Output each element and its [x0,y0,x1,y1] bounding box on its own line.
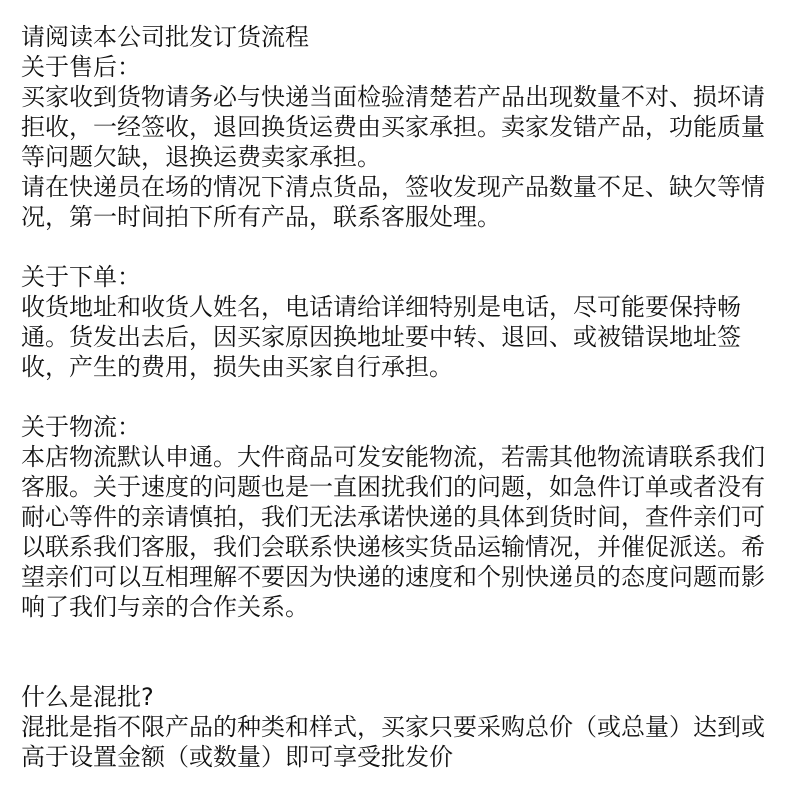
section-heading: 关于物流： [21,412,790,442]
text-line: 拒收，一经签收，退回换货运费由买家承担。卖家发错产品，功能质量 [21,112,790,142]
text-line: 况，第一时间拍下所有产品，联系客服处理。 [21,202,790,232]
section-logistics: 关于物流： 本店物流默认申通。大件商品可发安能物流，若需其他物流请联系我们 客服… [21,412,790,622]
document-title: 请阅读本公司批发订货流程 [21,22,790,52]
text-line: 买家收到货物请务必与快递当面检验清楚若产品出现数量不对、损坏请 [21,82,790,112]
section-ordering: 关于下单： 收货地址和收货人姓名，电话请给详细特别是电话，尽可能要保持畅 通。货… [21,262,790,382]
text-line: 客服。关于速度的问题也是一直困扰我们的问题，如急件订单或者没有 [21,472,790,502]
text-line: 收货地址和收货人姓名，电话请给详细特别是电话，尽可能要保持畅 [21,292,790,322]
text-line: 耐心等件的亲请慎拍，我们无法承诺快递的具体到货时间，查件亲们可 [21,502,790,532]
text-line: 收，产生的费用，损失由买家自行承担。 [21,352,790,382]
text-line: 以联系我们客服，我们会联系快递核实货品运输情况，并催促派送。希 [21,532,790,562]
text-line: 望亲们可以互相理解不要因为快递的速度和个别快递员的态度问题而影 [21,562,790,592]
wholesale-ordering-notice: 请阅读本公司批发订货流程 关于售后： 买家收到货物请务必与快递当面检验清楚若产品… [0,0,790,790]
paragraph-inspection: 买家收到货物请务必与快递当面检验清楚若产品出现数量不对、损坏请 拒收，一经签收，… [21,82,790,172]
section-mixed-wholesale: 什么是混批? 混批是指不限产品的种类和样式，买家只要采购总价（或总量）达到或 高… [21,682,790,772]
paragraph-count-goods: 请在快递员在场的情况下清点货品，签收发现产品数量不足、缺欠等情 况，第一时间拍下… [21,172,790,232]
paragraph-shipping: 本店物流默认申通。大件商品可发安能物流，若需其他物流请联系我们 客服。关于速度的… [21,442,790,622]
text-line: 混批是指不限产品的种类和样式，买家只要采购总价（或总量）达到或 [21,712,790,742]
paragraph-mixed-wholesale-definition: 混批是指不限产品的种类和样式，买家只要采购总价（或总量）达到或 高于设置金额（或… [21,712,790,772]
section-heading: 关于下单： [21,262,790,292]
paragraph-address: 收货地址和收货人姓名，电话请给详细特别是电话，尽可能要保持畅 通。货发出去后，因… [21,292,790,382]
text-line: 高于设置金额（或数量）即可享受批发价 [21,742,790,772]
text-line: 本店物流默认申通。大件商品可发安能物流，若需其他物流请联系我们 [21,442,790,472]
text-line: 响了我们与亲的合作关系。 [21,592,790,622]
section-after-sales: 关于售后： 买家收到货物请务必与快递当面检验清楚若产品出现数量不对、损坏请 拒收… [21,52,790,232]
section-heading: 什么是混批? [21,682,790,712]
text-line: 等问题欠缺，退换运费卖家承担。 [21,142,790,172]
text-line: 通。货发出去后，因买家原因换地址要中转、退回、或被错误地址签 [21,322,790,352]
text-line: 请在快递员在场的情况下清点货品，签收发现产品数量不足、缺欠等情 [21,172,790,202]
section-heading: 关于售后： [21,52,790,82]
